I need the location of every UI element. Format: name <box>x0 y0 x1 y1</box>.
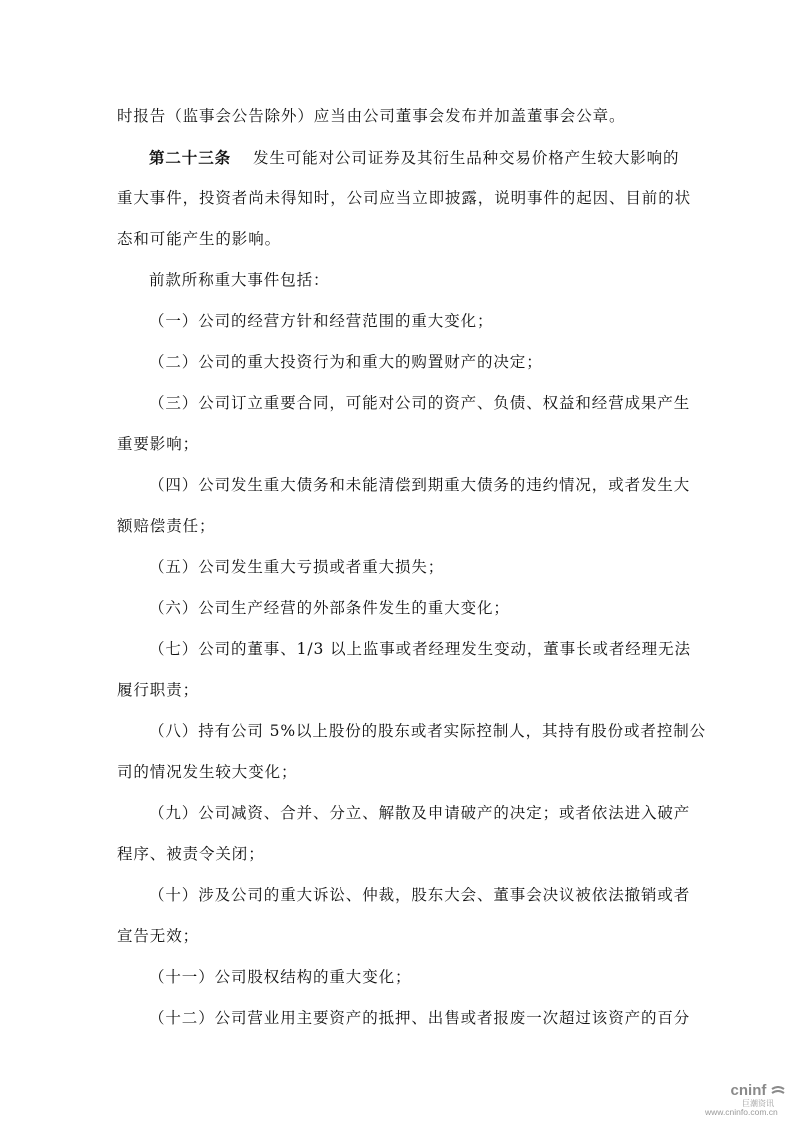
list-item: （十一）公司股权结构的重大变化； <box>149 965 411 989</box>
cninfo-logo-icon <box>771 1086 785 1096</box>
list-item-continuation: 履行职责； <box>117 678 199 702</box>
list-item: （一）公司的经营方针和经营范围的重大变化； <box>149 309 493 333</box>
list-item: （七）公司的董事、1/3 以上监事或者经理发生变动，董事长或者经理无法 <box>149 637 691 661</box>
list-item-continuation: 司的情况发生较大变化； <box>117 760 297 784</box>
list-item: （六）公司生产经营的外部条件发生的重大变化； <box>149 596 510 620</box>
text-line: 重大事件，投资者尚未得知时，公司应当立即披露，说明事件的起因、目前的状 <box>117 186 691 210</box>
list-item-continuation: 额赔偿责任； <box>117 514 215 538</box>
list-item: （二）公司的重大投资行为和重大的购置财产的决定； <box>149 350 543 374</box>
article-number: 第二十三条 <box>149 149 231 167</box>
brand-name: cninf <box>731 1082 767 1099</box>
cninfo-watermark: cninf 巨潮资讯 <box>728 1080 788 1108</box>
watermark-url: www.cninfo.com.cn <box>705 1107 778 1117</box>
list-item-continuation: 程序、被责令关闭； <box>117 842 265 866</box>
article-text: 发生可能对公司证券及其衍生品种交易价格产生较大影响的 <box>253 149 679 167</box>
text-line: 时报告（监事会公告除外）应当由公司董事会发布并加盖董事会公章。 <box>117 104 625 128</box>
list-item: （九）公司减资、合并、分立、解散及申请破产的决定；或者依法进入破产 <box>149 801 690 825</box>
list-item-continuation: 重要影响； <box>117 432 199 456</box>
list-item: （四）公司发生重大债务和未能清偿到期重大债务的违约情况，或者发生大 <box>149 473 690 497</box>
list-item: （十二）公司营业用主要资产的抵押、出售或者报废一次超过该资产的百分 <box>149 1006 690 1030</box>
list-item: （五）公司发生重大亏损或者重大损失； <box>149 555 444 579</box>
article-heading-line: 第二十三条发生可能对公司证券及其衍生品种交易价格产生较大影响的 <box>149 146 679 170</box>
text-line: 前款所称重大事件包括： <box>149 268 329 292</box>
text-line: 态和可能产生的影响。 <box>117 227 281 251</box>
list-item: （八）持有公司 5%以上股份的股东或者实际控制人，其持有股份或者控制公 <box>149 719 706 743</box>
list-item: （三）公司订立重要合同，可能对公司的资产、负债、权益和经营成果产生 <box>149 391 690 415</box>
list-item: （十）涉及公司的重大诉讼、仲裁，股东大会、董事会决议被依法撤销或者 <box>149 883 690 907</box>
list-item-continuation: 宣告无效； <box>117 924 199 948</box>
